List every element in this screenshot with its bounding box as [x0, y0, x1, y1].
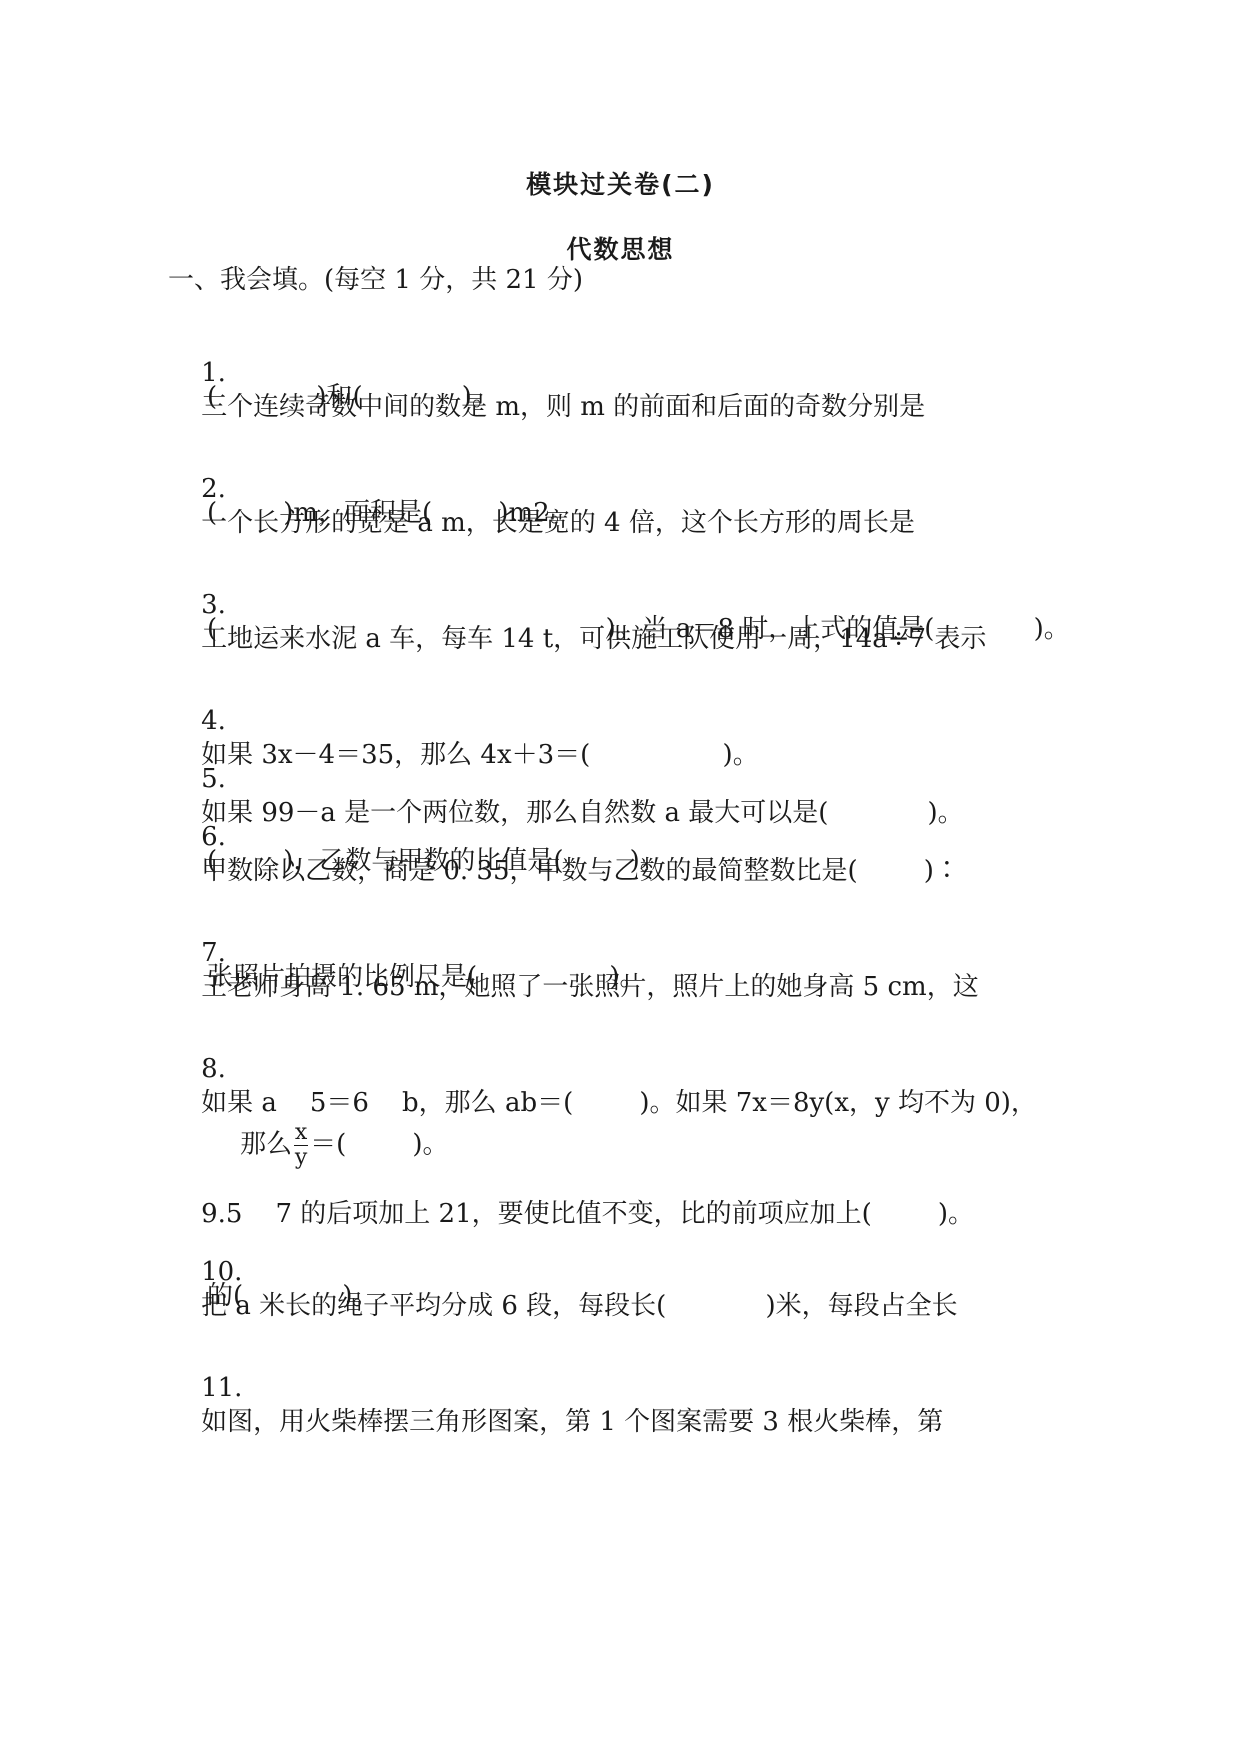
page-subtitle: 代数思想 — [0, 230, 1241, 266]
question-number: 8. — [201, 1052, 226, 1086]
fraction-prefix: 那么 — [240, 1130, 292, 1160]
question-text: 如图，用火柴棒摆三角形图案，第 1 个图案需要 3 根火柴棒，第 — [201, 1407, 943, 1437]
fraction-suffix: ＝( )。 — [310, 1130, 448, 1160]
question-3-answer-line[interactable]: ( )。当 a＝8 时，上式的值是( )。 — [207, 612, 1070, 646]
question-7-answer-line[interactable]: 张照片拍摄的比例尺是( )。 — [207, 960, 646, 994]
question-2-answer-line[interactable]: ( )m，面积是( )m2。 — [207, 496, 576, 530]
page-title: 模块过关卷(二) — [0, 165, 1241, 201]
exam-page: 模块过关卷(二) 代数思想 一、我会填。(每空 1 分，共 21 分) 1. 三… — [0, 0, 1241, 1755]
fraction-x-over-y: xy — [294, 1122, 308, 1169]
question-1-answer-line[interactable]: ( )和( )。 — [207, 380, 498, 414]
question-11: 11. 如图，用火柴棒摆三角形图案，第 1 个图案需要 3 根火柴棒，第 — [168, 1337, 943, 1473]
question-6-answer-line[interactable]: ( )，乙数与甲数的比值是( )。 — [207, 844, 666, 878]
question-10-answer-line[interactable]: 的( )。 — [207, 1279, 378, 1313]
question-number: 11. — [201, 1371, 242, 1405]
section-heading: 一、我会填。(每空 1 分，共 21 分) — [168, 263, 583, 297]
fraction-numerator: x — [294, 1122, 308, 1144]
